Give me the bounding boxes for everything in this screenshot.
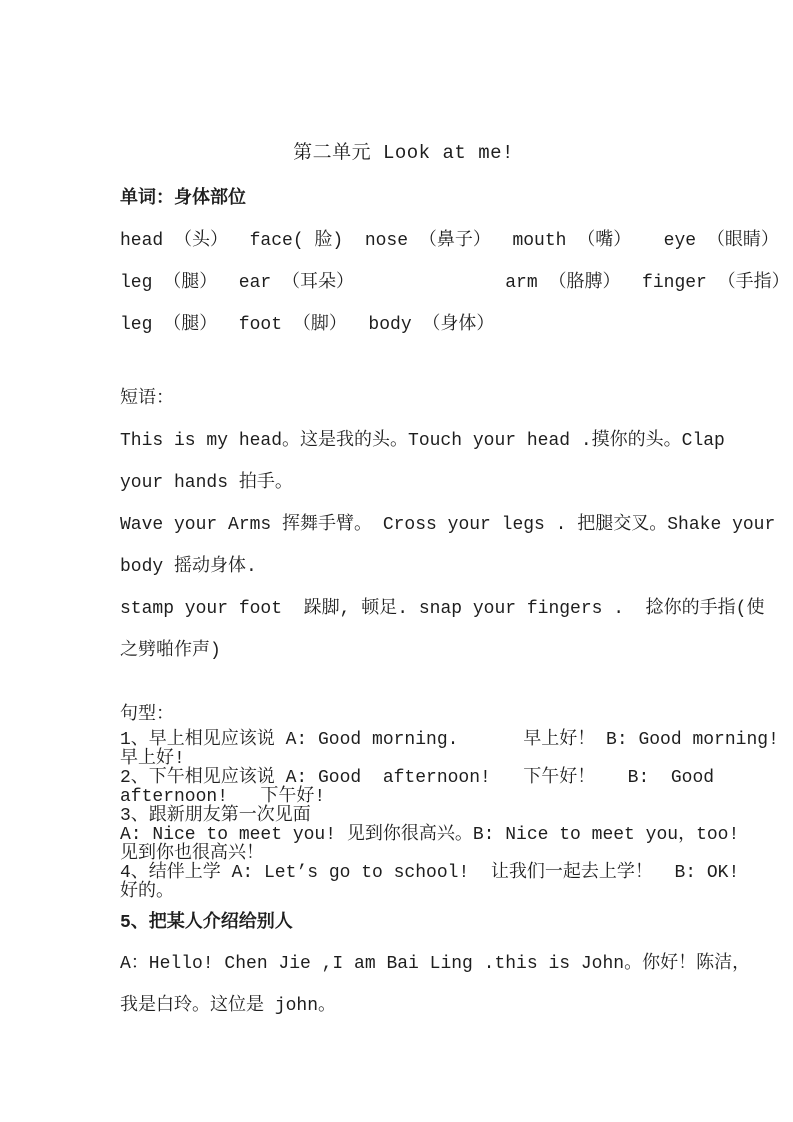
phrases-section: 短语： This is my head。这是我的头。Touch your hea… — [120, 378, 687, 672]
intro-line-1: A：Hello! Chen Jie ,I am Bai Ling .this i… — [120, 943, 687, 985]
pattern-line-2: 早上好! — [120, 750, 687, 769]
words-section: 单词：身体部位 head （头） face( 脸) nose （鼻子） mout… — [120, 178, 687, 346]
phrases-heading: 短语： — [120, 378, 687, 420]
phrase-line-2: your hands 拍手。 — [120, 462, 687, 504]
phrase-line-5: stamp your foot 跺脚, 顿足. snap your finger… — [120, 588, 687, 630]
patterns-section: 句型： 1、早上相见应该说 A: Good morning. 早上好！ B: G… — [120, 700, 687, 937]
pattern-item-5-heading: 5、把某人介绍给别人 — [120, 910, 687, 937]
words-heading: 单词：身体部位 — [120, 178, 687, 220]
phrase-line-6: 之劈啪作声) — [120, 630, 687, 672]
pattern-line-6: A: Nice to meet you! 见到你很高兴。B: Nice to m… — [120, 826, 687, 845]
phrase-line-1: This is my head。这是我的头。Touch your head .摸… — [120, 420, 687, 462]
pattern-line-7: 见到你也很高兴！ — [120, 845, 687, 864]
pattern-line-5: 3、跟新朋友第一次见面 — [120, 807, 687, 826]
document-title: 第二单元 Look at me! — [120, 140, 687, 166]
phrase-line-4: body 摇动身体. — [120, 546, 687, 588]
patterns-heading: 句型： — [120, 700, 687, 731]
phrase-line-3: Wave your Arms 挥舞手臂。 Cross your legs . 把… — [120, 504, 687, 546]
words-line-2: leg （腿） ear （耳朵） arm （胳膊） finger （手指） — [120, 262, 687, 304]
pattern-line-8: 4、结伴上学 A: Let’s go to school! 让我们一起去上学！ … — [120, 864, 687, 883]
intro-line-2: 我是白玲。这位是 john。 — [120, 985, 687, 1027]
document-content: 第二单元 Look at me! 单词：身体部位 head （头） face( … — [120, 0, 687, 1027]
introduction-section: A：Hello! Chen Jie ,I am Bai Ling .this i… — [120, 943, 687, 1027]
words-line-3: leg （腿） foot （脚） body （身体） — [120, 304, 687, 346]
pattern-line-9: 好的。 — [120, 883, 687, 902]
document-page: 第二单元 Look at me! 单词：身体部位 head （头） face( … — [0, 0, 793, 1122]
pattern-line-1: 1、早上相见应该说 A: Good morning. 早上好！ B: Good … — [120, 731, 687, 750]
pattern-line-3: 2、下午相见应该说 A: Good afternoon! 下午好！ B: Goo… — [120, 769, 687, 788]
words-line-1: head （头） face( 脸) nose （鼻子） mouth （嘴） ey… — [120, 220, 687, 262]
pattern-line-4: afternoon! 下午好! — [120, 788, 687, 807]
